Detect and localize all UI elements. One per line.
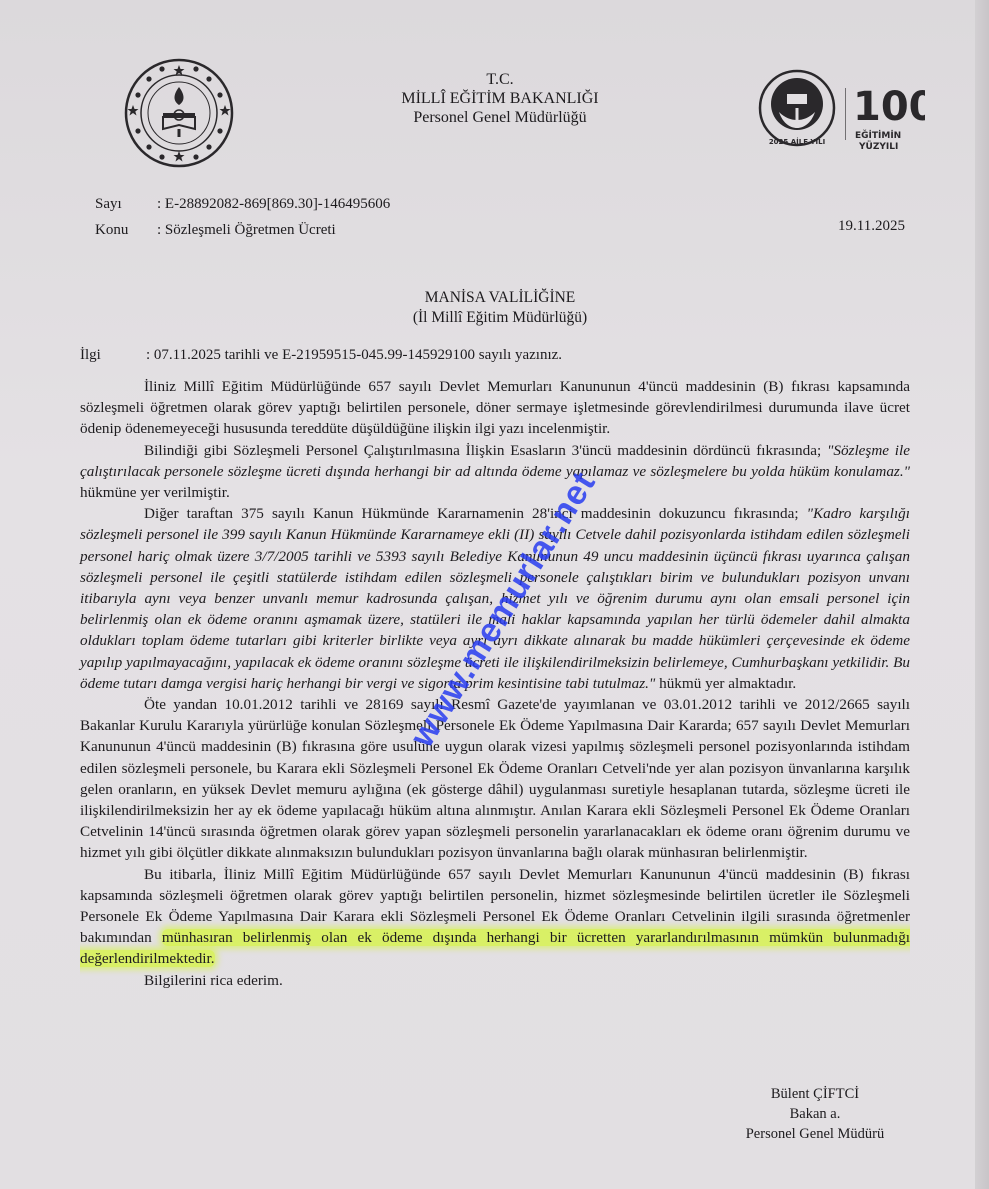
letter-body: İliniz Millî Eğitim Müdürlüğünde 657 say… bbox=[80, 376, 910, 991]
addressee: MANİSA VALİLİĞİNE (İl Millî Eğitim Müdür… bbox=[330, 288, 670, 328]
svg-text:EĞİTİMİN: EĞİTİMİN bbox=[855, 129, 901, 141]
letterhead-tc: T.C. bbox=[330, 70, 670, 89]
paragraph-2-end: hükmüne yer verilmiştir. bbox=[80, 484, 230, 501]
konu-label: Konu bbox=[95, 222, 157, 239]
konu-row: Konu: Sözleşmeli Öğretmen Ücreti bbox=[95, 222, 336, 239]
letterhead: T.C. MİLLÎ EĞİTİM BAKANLIĞI Personel Gen… bbox=[330, 70, 670, 127]
ilgi-row: İlgi: 07.11.2025 tarihli ve E-21959515-0… bbox=[80, 347, 562, 364]
paragraph-3: Diğer taraftan 375 sayılı Kanun Hükmünde… bbox=[80, 503, 910, 694]
addressee-line1: MANİSA VALİLİĞİNE bbox=[330, 288, 670, 308]
paragraph-6: Bilgilerini rica ederim. bbox=[80, 970, 910, 991]
svg-text:YÜZYILI: YÜZYILI bbox=[858, 141, 898, 152]
signatory-title2: Personel Genel Müdürü bbox=[730, 1124, 900, 1144]
signatory-title1: Bakan a. bbox=[730, 1104, 900, 1124]
sayi-value: : E-28892082-869[869.30]-146495606 bbox=[157, 196, 390, 212]
sayi-row: Sayı: E-28892082-869[869.30]-146495606 bbox=[95, 196, 390, 213]
paragraph-4: Öte yandan 10.01.2012 tarihli ve 28169 s… bbox=[80, 694, 910, 864]
paragraph-2-text: Bilindiği gibi Sözleşmeli Personel Çalış… bbox=[144, 442, 827, 459]
signature-block: Bülent ÇİFTCİ Bakan a. Personel Genel Mü… bbox=[730, 1084, 900, 1144]
paragraph-3-quote: "Kadro karşılığı sözleşmeli personel ile… bbox=[80, 505, 910, 692]
svg-text:100: 100 bbox=[853, 84, 925, 130]
signatory-name: Bülent ÇİFTCİ bbox=[730, 1084, 900, 1104]
document-date: 19.11.2025 bbox=[838, 218, 905, 235]
addressee-line2: (İl Millî Eğitim Müdürlüğü) bbox=[330, 308, 670, 328]
paragraph-1: İliniz Millî Eğitim Müdürlüğünde 657 say… bbox=[80, 376, 910, 440]
paragraph-3-text: Diğer taraftan 375 sayılı Kanun Hükmünde… bbox=[144, 505, 807, 522]
document-page: T.C. MİLLÎ EĞİTİM BAKANLIĞI Personel Gen… bbox=[0, 0, 989, 1189]
konu-value: : Sözleşmeli Öğretmen Ücreti bbox=[157, 222, 336, 238]
egitimin-yuzyili-icon: 100 EĞİTİMİN YÜZYILI bbox=[845, 70, 925, 160]
aile-yili-2025-icon: 2025 AİLE YILI bbox=[757, 68, 837, 148]
paragraph-3-end: hükmü yer almaktadır. bbox=[655, 675, 796, 692]
letterhead-ministry: MİLLÎ EĞİTİM BAKANLIĞI bbox=[330, 89, 670, 108]
sayi-label: Sayı bbox=[95, 196, 157, 213]
paragraph-2: Bilindiği gibi Sözleşmeli Personel Çalış… bbox=[80, 440, 910, 504]
paragraph-5: Bu itibarla, İliniz Millî Eğitim Müdürlü… bbox=[80, 864, 910, 970]
meb-seal-icon bbox=[123, 57, 235, 169]
svg-text:2025 AİLE YILI: 2025 AİLE YILI bbox=[769, 137, 825, 146]
ilgi-value: : 07.11.2025 tarihli ve E-21959515-045.9… bbox=[146, 347, 562, 363]
ilgi-label: İlgi bbox=[80, 347, 146, 364]
page-edge bbox=[975, 0, 989, 1189]
letterhead-directorate: Personel Genel Müdürlüğü bbox=[330, 108, 670, 127]
highlighted-conclusion: münhasıran belirlenmiş olan ek ödeme dış… bbox=[80, 929, 910, 967]
